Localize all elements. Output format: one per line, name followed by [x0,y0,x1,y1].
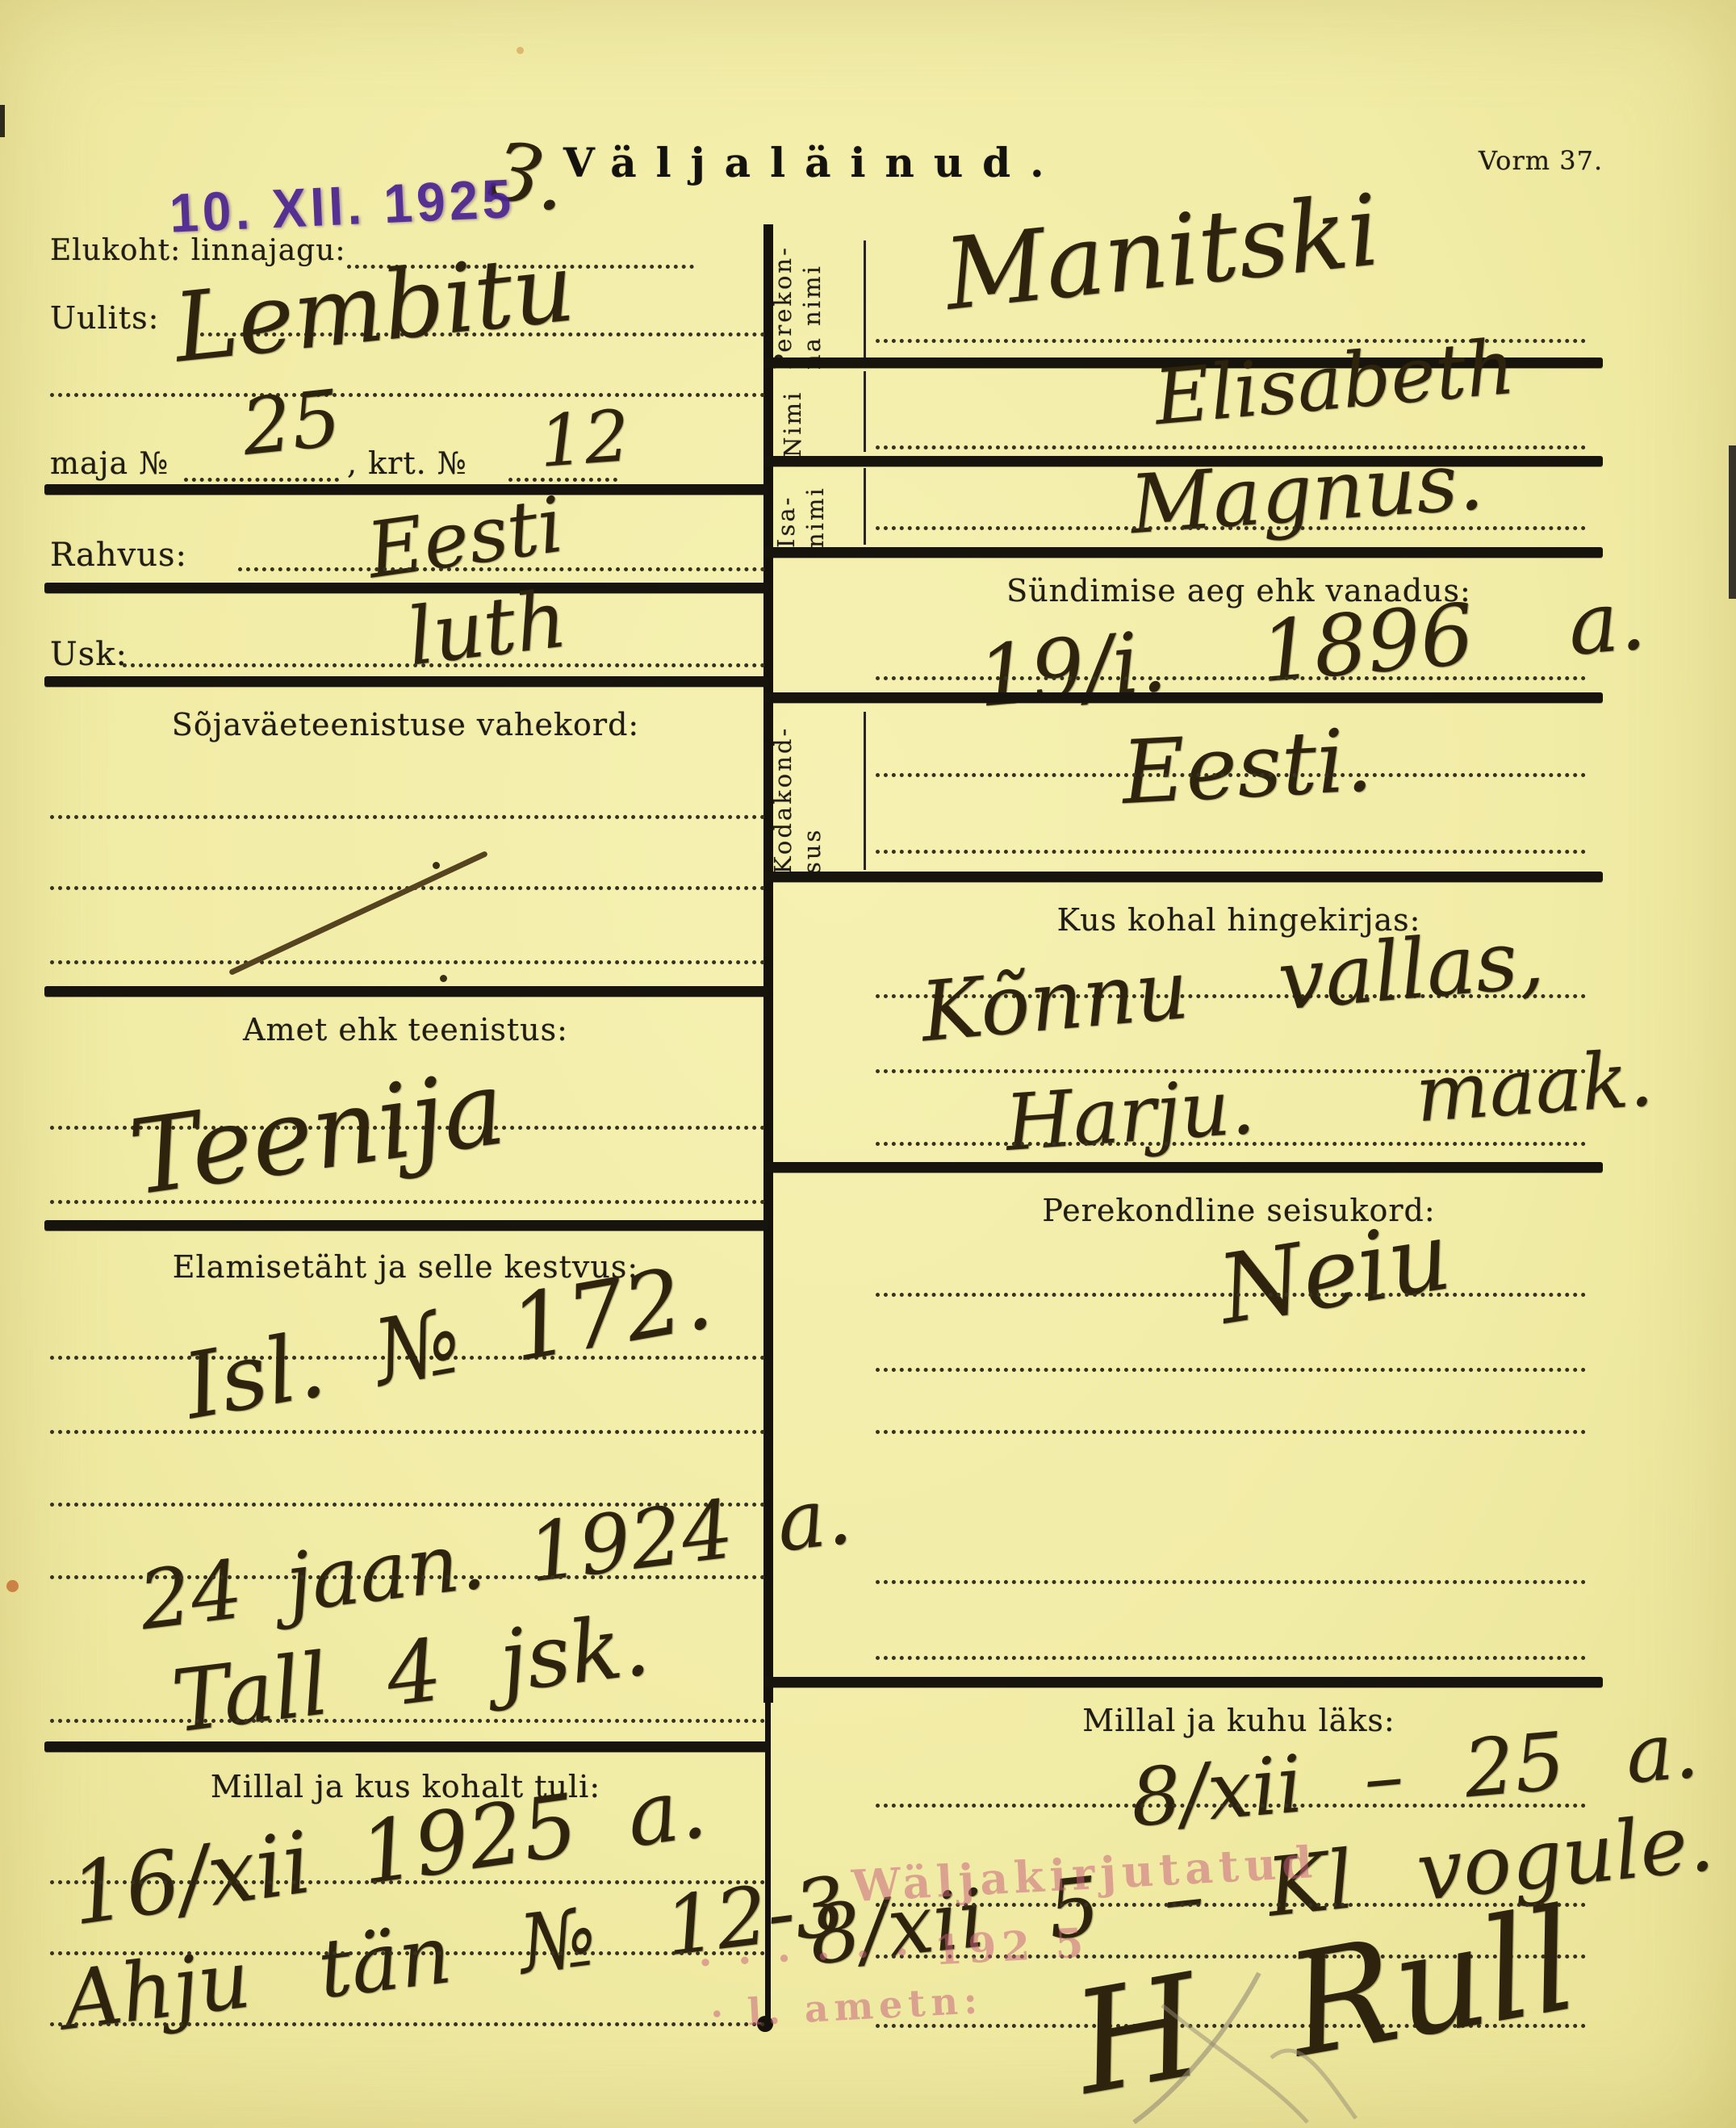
field-label-maja: maja № [50,445,169,481]
section-rule [44,484,768,495]
section-rule [44,986,768,997]
paper-speck [517,47,524,54]
section-rule [763,1162,1603,1173]
field-value-maja-nr: 25 [237,373,345,473]
field-label-sojavaeteenistus: Sõjaväeteenistuse vahekord: [44,707,767,742]
section-rule [44,676,768,687]
dotted-line [876,1804,1586,1808]
field-label-isanimi-line1: Isa- [772,471,801,548]
field-label-uulits: Uulits: [50,300,159,336]
dotted-line [876,1580,1586,1584]
dotted-line [50,1951,765,1955]
field-value-isanimi: Magnus. [1127,433,1486,552]
dotted-line [876,526,1586,530]
label-rule [864,371,866,452]
dotted-line [50,1719,765,1723]
dotted-line [876,1368,1586,1372]
dotted-line [876,850,1586,854]
field-label-rahvus: Rahvus: [50,537,187,574]
dotted-line [876,1293,1586,1297]
label-rule [864,468,866,545]
page-title: Väljaläinud. [563,139,1064,186]
field-label-kodakondsus-line2: sus [797,714,826,874]
field-label-krt: , krt. № [347,445,467,481]
field-value-krt-nr: 12 [537,394,633,483]
label-rule [864,240,866,360]
field-label-perekonnanimi-line1: Perekon- [768,242,797,370]
handwritten-dash-stroke [228,851,488,976]
field-label-seisukord: Perekondline seisukord: [876,1193,1602,1228]
section-rule [763,1677,1603,1687]
label-rule [864,712,866,870]
dotted-line [50,393,765,397]
field-label-kodakondsus: Kodakond- sus [768,714,826,874]
field-label-nimi-line: Nimi [778,381,807,458]
scan-edge-artifact [1729,445,1736,599]
date-stamp: 10. XII. 1925 [168,166,516,245]
field-label-kodakondsus-line1: Kodakond- [768,714,797,874]
field-value-hingekirjas-2: Harju. maak. [1002,1033,1656,1169]
dotted-line [876,1656,1586,1660]
dotted-line [184,478,339,482]
section-rule [763,872,1603,882]
dotted-line [876,1142,1586,1146]
field-label-perekonnanimi: Perekon- na nimi [768,242,826,370]
dotted-line [876,1430,1586,1434]
scanned-form-page: 3. Väljaläinud. Vorm 37. 10. XII. 1925 E… [0,0,1736,2128]
field-value-usk: luth [403,573,571,684]
field-value-perekonnanimi: Manitski [939,173,1385,332]
paper-speck [6,1580,19,1592]
form-number: Vorm 37. [1479,145,1603,176]
dotted-line [50,1575,765,1579]
dotted-line [508,478,617,482]
field-value-amet: Teenija [123,1047,512,1219]
field-label-nimi: Nimi [778,381,807,458]
field-label-isanimi-line2: nimi [801,471,830,548]
field-label-perekonnanimi-line2: na nimi [797,242,826,370]
scan-edge-artifact [0,105,5,137]
field-value-kodakondsus: Eesti. [1119,710,1375,824]
dotted-line [876,676,1586,680]
dotted-line [876,773,1586,777]
section-rule [44,1741,768,1752]
ink-dot [440,975,447,982]
field-label-usk: Usk: [50,636,128,673]
ink-dot [433,862,440,869]
dotted-line [50,2022,765,2026]
field-label-amet: Amet ehk teenistus: [44,1012,767,1047]
dotted-line [238,567,765,571]
pencil-scribble [1106,1961,1525,2126]
dotted-line [50,815,765,819]
section-rule [763,547,1603,558]
field-label-isanimi: Isa- nimi [772,471,830,548]
section-rule [763,692,1603,703]
dotted-line [123,663,765,667]
dotted-line [50,960,765,964]
dotted-line [50,1430,765,1434]
section-rule [44,1220,768,1231]
